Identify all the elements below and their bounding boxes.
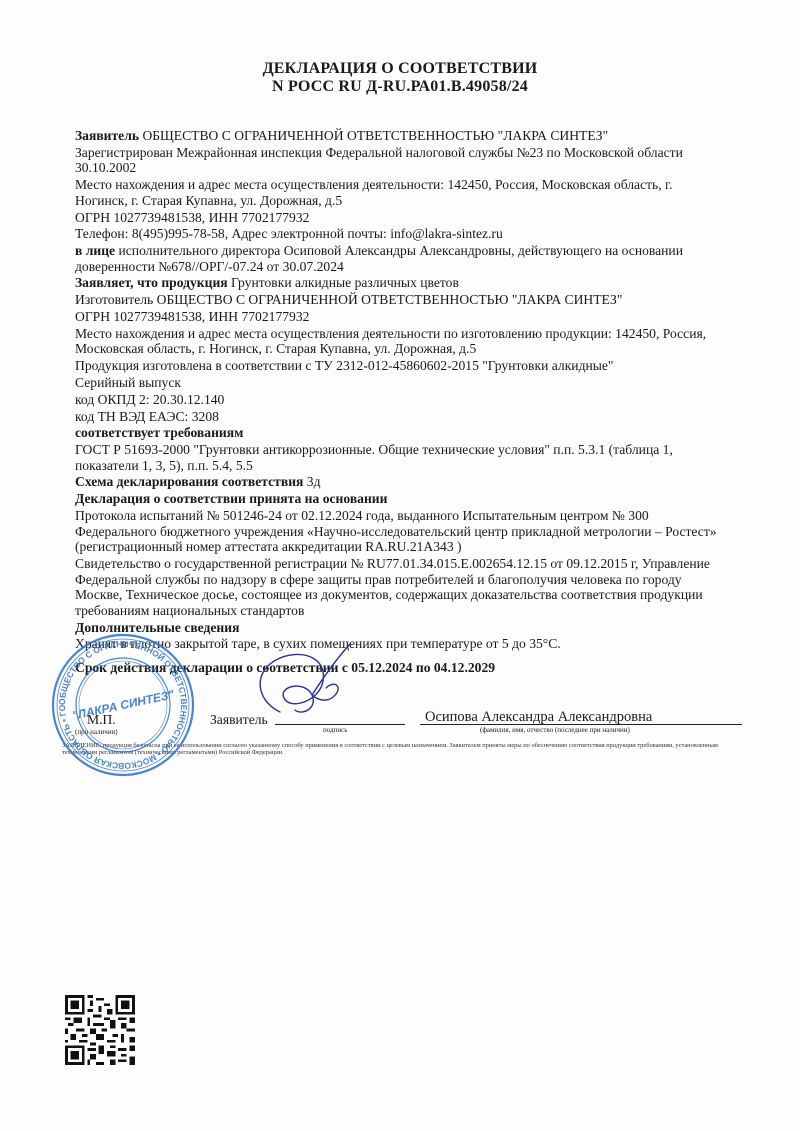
document-title: ДЕКЛАРАЦИЯ О СООТВЕТСТВИИ [0, 60, 800, 78]
scheme-value: 3д [307, 474, 321, 489]
company-stamp-icon: ОБЩЕСТВО С ОГРАНИЧЕННОЙ ОТВЕТСТВЕННОСТЬЮ… [48, 630, 198, 780]
tnved-code: код ТН ВЭД ЕАЭС: 3208 [75, 409, 725, 425]
applicant-name: ОБЩЕСТВО С ОГРАНИЧЕННОЙ ОТВЕТСТВЕННОСТЬЮ… [142, 128, 608, 143]
product-name: Грунтовки алкидные различных цветов [231, 275, 459, 290]
document-body: Заявитель ОБЩЕСТВО С ОГРАНИЧЕННОЙ ОТВЕТС… [75, 128, 725, 677]
applicant-label: Заявитель [75, 128, 139, 143]
manufacturer-ogrn-inn: ОГРН 1027739481538, ИНН 7702177932 [75, 309, 725, 325]
applicant-address: Место нахождения и адрес места осуществл… [75, 177, 725, 208]
stamp-center-text: "ЛАКРА СИНТЕЗ" [71, 687, 176, 722]
represented-label: в лице [75, 243, 115, 258]
requirements-label: соответствует требованиям [75, 425, 725, 441]
signature-note: подпись [323, 726, 347, 734]
product-label: Заявляет, что продукция [75, 275, 228, 290]
qr-code-icon [65, 995, 135, 1065]
applicant-registration: Зарегистрирован Межрайонная инспекция Фе… [75, 145, 725, 176]
basis-certificate: Свидетельство о государственной регистра… [75, 556, 725, 618]
production-address: Место нахождения и адрес места осуществл… [75, 326, 725, 357]
document-number: N РОСС RU Д-RU.РА01.В.49058/24 [0, 78, 800, 96]
represented-line: в лице исполнительного директора Осипово… [75, 243, 725, 274]
basis-protocol: Протокола испытаний № 501246-24 от 02.12… [75, 508, 725, 555]
scheme-line: Схема декларирования соответствия 3д [75, 474, 725, 490]
product-series: Серийный выпуск [75, 375, 725, 391]
handwritten-signature-icon [250, 640, 360, 720]
document-header: ДЕКЛАРАЦИЯ О СООТВЕТСТВИИ N РОСС RU Д-RU… [0, 60, 800, 96]
requirements-text: ГОСТ Р 51693-2000 "Грунтовки антикоррози… [75, 442, 725, 473]
declaration-page: ДЕКЛАРАЦИЯ О СООТВЕТСТВИИ N РОСС RU Д-RU… [0, 0, 800, 1131]
applicant-line: Заявитель ОБЩЕСТВО С ОГРАНИЧЕННОЙ ОТВЕТС… [75, 128, 725, 144]
name-note: (фамилия, имя, отчество (последнее при н… [480, 726, 630, 734]
applicant-ogrn-inn: ОГРН 1027739481538, ИНН 7702177932 [75, 210, 725, 226]
product-line: Заявляет, что продукция Грунтовки алкидн… [75, 275, 725, 291]
manufacturer: Изготовитель ОБЩЕСТВО С ОГРАНИЧЕННОЙ ОТВ… [75, 292, 725, 308]
okpd-code: код ОКПД 2: 20.30.12.140 [75, 392, 725, 408]
scheme-label: Схема декларирования соответствия [75, 474, 303, 489]
applicant-contacts: Телефон: 8(495)995-78-58, Адрес электрон… [75, 226, 725, 242]
signature-line [275, 724, 405, 725]
product-tu: Продукция изготовлена в соответствии с Т… [75, 358, 725, 374]
name-line [420, 724, 742, 725]
represented-by: исполнительного директора Осиповой Алекс… [75, 243, 683, 274]
basis-label: Декларация о соответствии принята на осн… [75, 491, 725, 507]
